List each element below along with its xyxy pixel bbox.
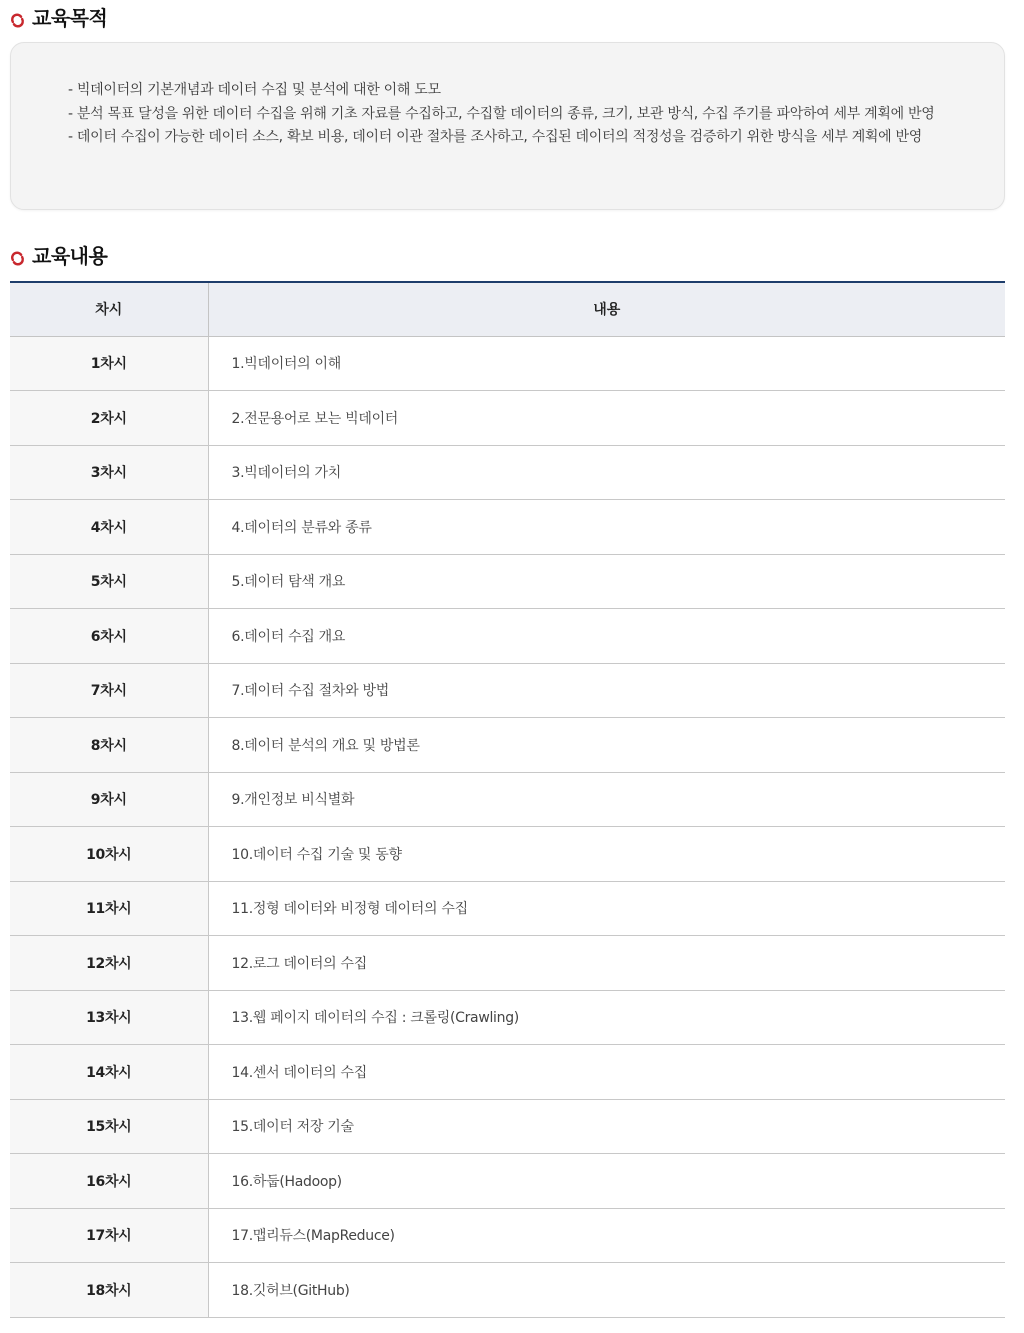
table-row: 18차시18.깃허브(GitHub)	[10, 1263, 1005, 1318]
section-title-text: 교육내용	[32, 240, 107, 269]
table-row: 17차시17.맵리듀스(MapReduce)	[10, 1208, 1005, 1263]
section-title-text: 교육목적	[32, 2, 107, 31]
objective-line: - 분석 목표 달성을 위한 데이터 수집을 위해 기초 자료를 수집하고, 수…	[68, 103, 954, 127]
content-cell: 14.센서 데이터의 수집	[208, 1045, 1005, 1100]
content-cell: 1.빅데이터의 이해	[208, 336, 1005, 391]
table-row: 8차시8.데이터 분석의 개요 및 방법론	[10, 718, 1005, 773]
content-cell: 2.전문용어로 보는 빅데이터	[208, 391, 1005, 446]
page: 교육목적 - 빅데이터의 기본개념과 데이터 수집 및 분석에 대한 이해 도모…	[0, 0, 1024, 1333]
session-cell: 12차시	[10, 936, 208, 991]
content-cell: 15.데이터 저장 기술	[208, 1099, 1005, 1154]
table-row: 1차시1.빅데이터의 이해	[10, 336, 1005, 391]
content-cell: 18.깃허브(GitHub)	[208, 1263, 1005, 1318]
session-cell: 11차시	[10, 881, 208, 936]
session-cell: 7차시	[10, 663, 208, 718]
section-title-objective: 교육목적	[10, 2, 107, 31]
content-cell: 6.데이터 수집 개요	[208, 609, 1005, 664]
content-cell: 7.데이터 수집 절차와 방법	[208, 663, 1005, 718]
table-row: 6차시6.데이터 수집 개요	[10, 609, 1005, 664]
content-cell: 5.데이터 탐색 개요	[208, 554, 1005, 609]
content-cell: 10.데이터 수집 기술 및 동향	[208, 827, 1005, 882]
table-row: 2차시2.전문용어로 보는 빅데이터	[10, 391, 1005, 446]
session-cell: 9차시	[10, 772, 208, 827]
content-cell: 8.데이터 분석의 개요 및 방법론	[208, 718, 1005, 773]
curriculum-table: 차시 내용 1차시1.빅데이터의 이해 2차시2.전문용어로 보는 빅데이터 3…	[10, 281, 1005, 1318]
session-cell: 18차시	[10, 1263, 208, 1318]
session-cell: 8차시	[10, 718, 208, 773]
session-cell: 13차시	[10, 990, 208, 1045]
content-cell: 11.정형 데이터와 비정형 데이터의 수집	[208, 881, 1005, 936]
refresh-circle-icon	[10, 9, 25, 24]
objective-box: - 빅데이터의 기본개념과 데이터 수집 및 분석에 대한 이해 도모 - 분석…	[10, 42, 1005, 210]
session-cell: 14차시	[10, 1045, 208, 1100]
column-header-content: 내용	[208, 282, 1005, 336]
refresh-circle-icon	[10, 247, 25, 262]
session-cell: 17차시	[10, 1208, 208, 1263]
content-cell: 16.하둡(Hadoop)	[208, 1154, 1005, 1209]
table-row: 5차시5.데이터 탐색 개요	[10, 554, 1005, 609]
objective-line: - 빅데이터의 기본개념과 데이터 수집 및 분석에 대한 이해 도모	[68, 79, 954, 103]
table-row: 9차시9.개인정보 비식별화	[10, 772, 1005, 827]
table-row: 4차시4.데이터의 분류와 종류	[10, 500, 1005, 555]
table-row: 16차시16.하둡(Hadoop)	[10, 1154, 1005, 1209]
content-cell: 3.빅데이터의 가치	[208, 445, 1005, 500]
content-cell: 17.맵리듀스(MapReduce)	[208, 1208, 1005, 1263]
table-row: 11차시11.정형 데이터와 비정형 데이터의 수집	[10, 881, 1005, 936]
session-cell: 5차시	[10, 554, 208, 609]
session-cell: 1차시	[10, 336, 208, 391]
content-cell: 9.개인정보 비식별화	[208, 772, 1005, 827]
table-row: 14차시14.센서 데이터의 수집	[10, 1045, 1005, 1100]
session-cell: 16차시	[10, 1154, 208, 1209]
table-row: 15차시15.데이터 저장 기술	[10, 1099, 1005, 1154]
table-row: 13차시13.웹 페이지 데이터의 수집 : 크롤링(Crawling)	[10, 990, 1005, 1045]
content-cell: 13.웹 페이지 데이터의 수집 : 크롤링(Crawling)	[208, 990, 1005, 1045]
column-header-session: 차시	[10, 282, 208, 336]
table-row: 3차시3.빅데이터의 가치	[10, 445, 1005, 500]
objective-line: - 데이터 수집이 가능한 데이터 소스, 확보 비용, 데이터 이관 절차를 …	[68, 126, 954, 150]
section-title-content: 교육내용	[10, 240, 107, 269]
session-cell: 15차시	[10, 1099, 208, 1154]
table-row: 7차시7.데이터 수집 절차와 방법	[10, 663, 1005, 718]
content-cell: 12.로그 데이터의 수집	[208, 936, 1005, 991]
content-cell: 4.데이터의 분류와 종류	[208, 500, 1005, 555]
session-cell: 2차시	[10, 391, 208, 446]
table-row: 10차시10.데이터 수집 기술 및 동향	[10, 827, 1005, 882]
table-header-row: 차시 내용	[10, 282, 1005, 336]
session-cell: 4차시	[10, 500, 208, 555]
table-row: 12차시12.로그 데이터의 수집	[10, 936, 1005, 991]
session-cell: 6차시	[10, 609, 208, 664]
session-cell: 10차시	[10, 827, 208, 882]
session-cell: 3차시	[10, 445, 208, 500]
